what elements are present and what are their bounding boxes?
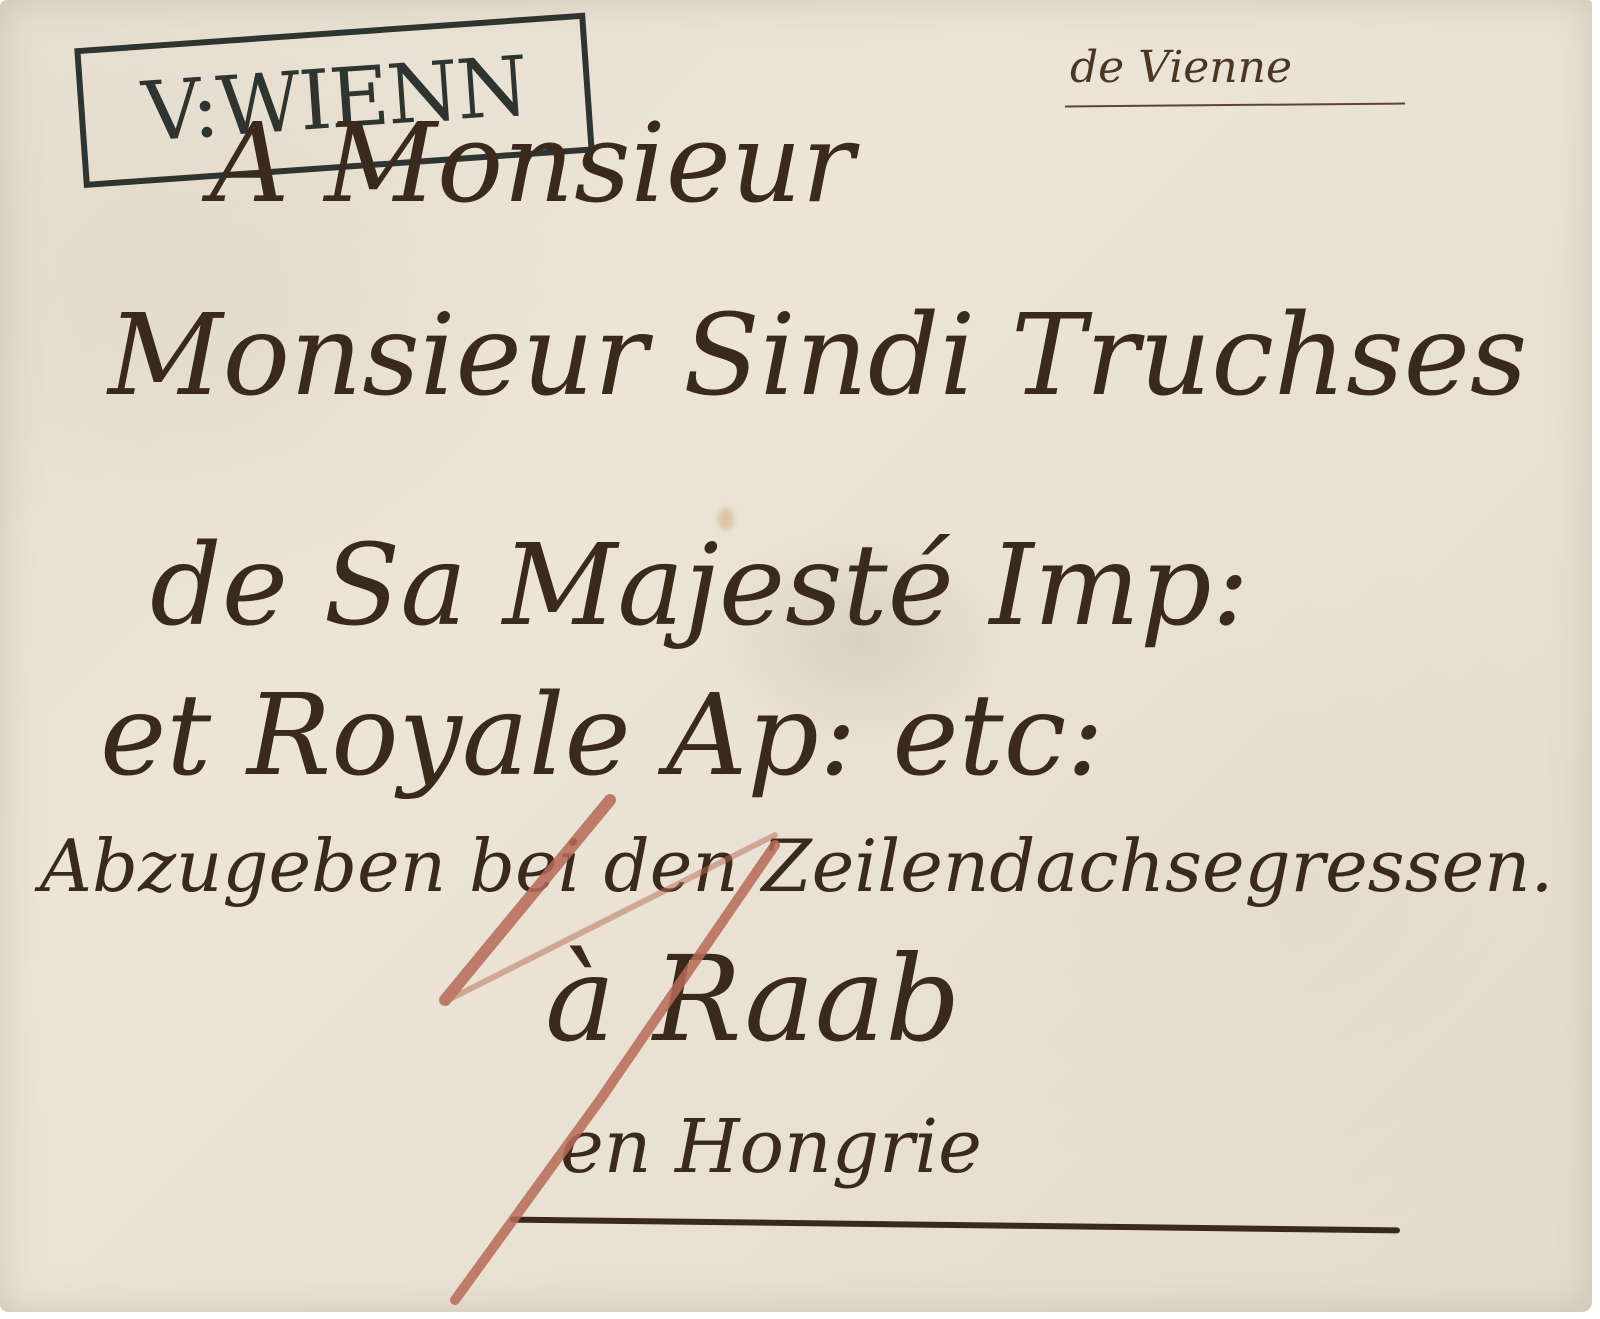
address-line-city: à Raab	[545, 940, 961, 1058]
address-line-name: Monsieur Sindi Truchses	[108, 300, 1527, 412]
address-line-german-note: Abzugeben bei den Zeilendachsegressen.	[40, 830, 1553, 902]
address-line-title-cont: et Royale Ap: etc:	[100, 680, 1104, 792]
envelope-cover: V:WIENN de Vienne A Monsieur Monsieur Si…	[0, 0, 1592, 1312]
address-line-salutation: A Monsieur	[210, 108, 854, 218]
address-underline	[510, 1217, 1400, 1234]
address-line-country: en Hongrie	[560, 1110, 982, 1184]
address-line-title: de Sa Majesté Imp:	[150, 530, 1249, 642]
origin-note: de Vienne	[1070, 46, 1292, 90]
origin-underline	[1065, 103, 1405, 108]
